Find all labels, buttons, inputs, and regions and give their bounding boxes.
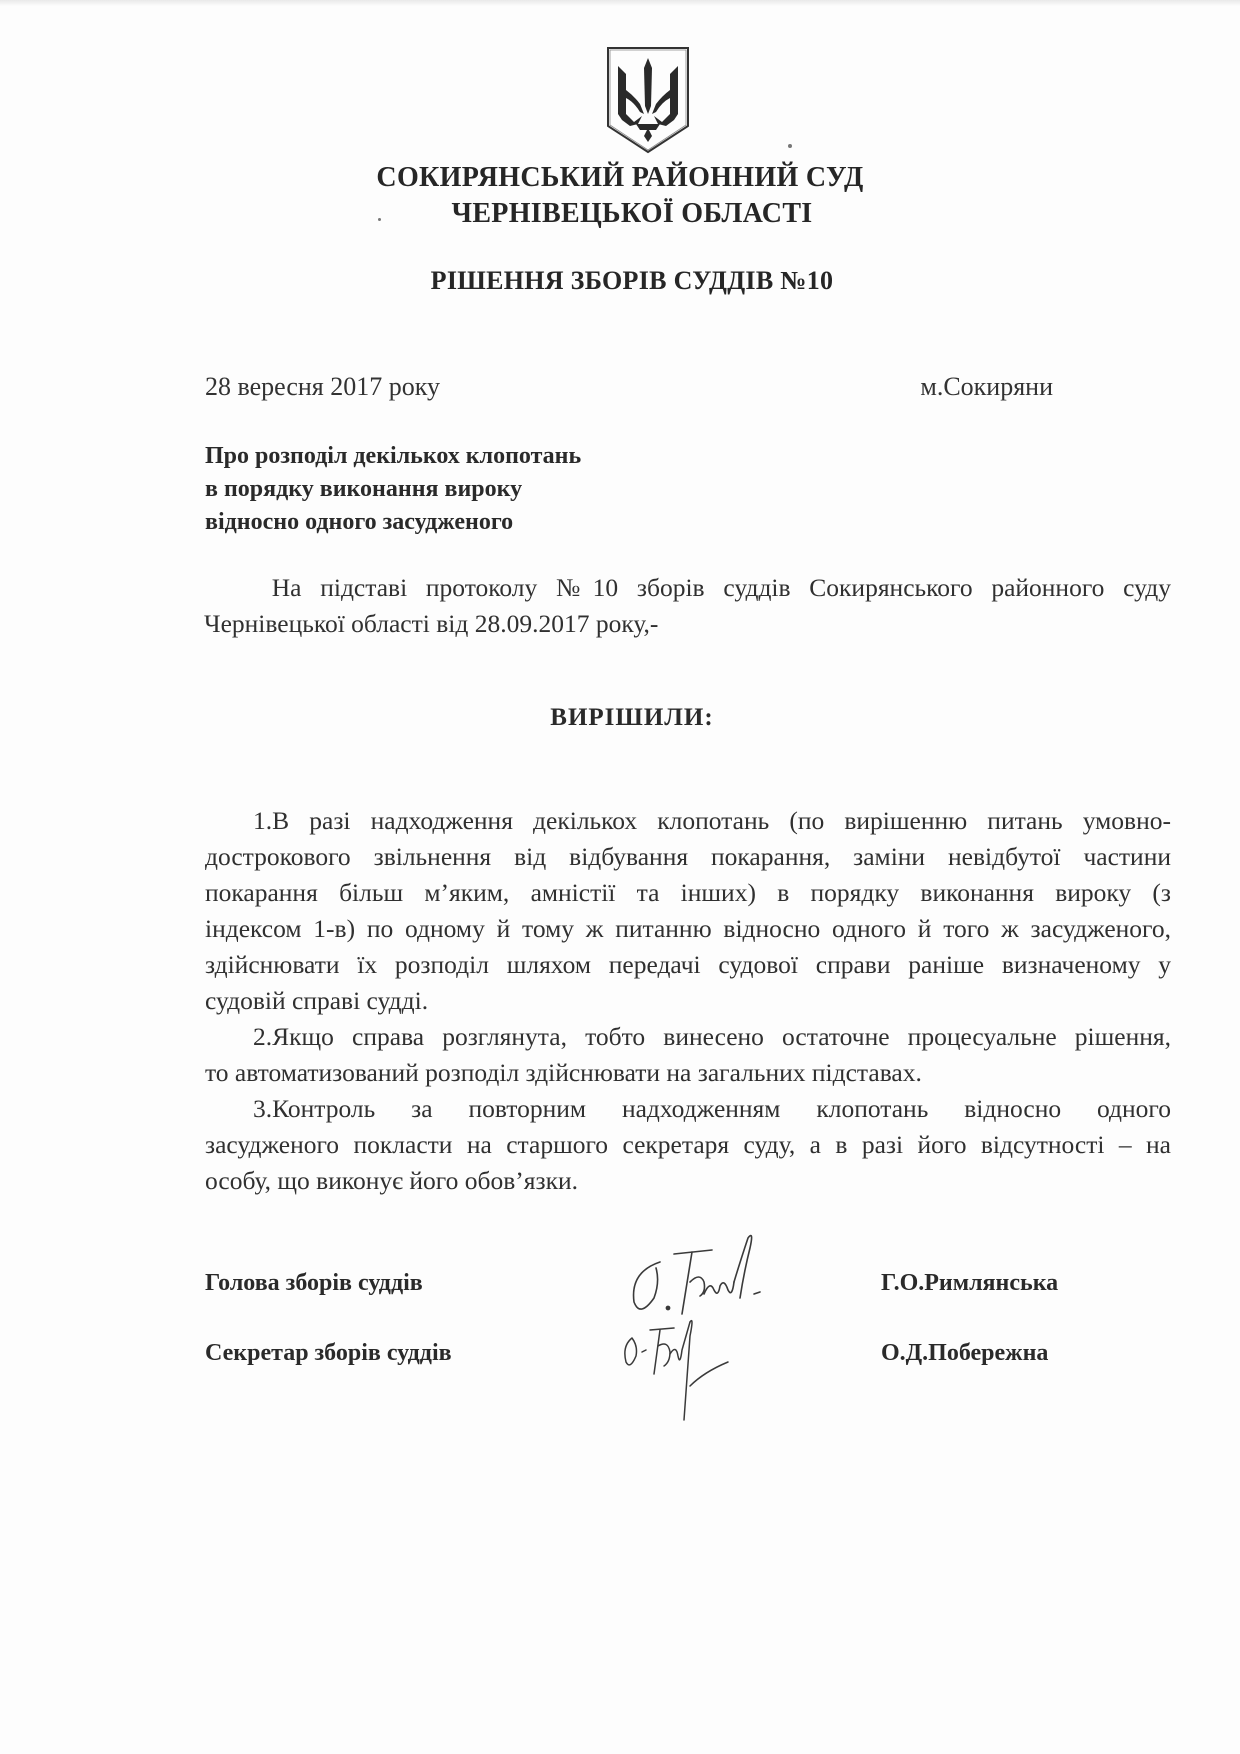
signatory-role: Голова зборів суддів <box>205 1270 423 1297</box>
resolution-line: 2.Якщо справа розглянута, тобто винесено… <box>205 1019 1171 1055</box>
resolution-line: то автоматизований розподіл здійснювати … <box>205 1055 1171 1091</box>
date-place-row: 28 вересня 2017 року м.Сокиряни <box>205 372 1053 402</box>
resolution-line: здійснювати їх розподіл шляхом передачі … <box>205 947 1171 983</box>
document-title: РІШЕННЯ ЗБОРІВ СУДДІВ №10 <box>12 266 1240 296</box>
scan-edge <box>0 0 1240 6</box>
resolution-item-1: 1.В разі надходження декількох клопотань… <box>205 803 1171 1019</box>
subject-line: відносно одного засудженого <box>205 506 581 539</box>
intro-line-text: На підставі протоколу №10 зборів суддів … <box>272 573 1171 602</box>
court-name-line1: СОКИРЯНСЬКИЙ РАЙОННИЙ СУД <box>0 162 1240 194</box>
decided-heading: ВИРІШИЛИ: <box>12 704 1240 732</box>
resolution-item-3: 3.Контроль за повторним надходженням кло… <box>205 1091 1171 1199</box>
resolution-line: покарання більш м’яким, амністії та інши… <box>205 875 1171 911</box>
resolution-line: 1.В разі надходження декількох клопотань… <box>205 803 1171 839</box>
handwritten-signature-chair <box>620 1232 850 1322</box>
resolution-item-2: 2.Якщо справа розглянута, тобто винесено… <box>205 1019 1171 1091</box>
resolution-line: особу, що виконує його обов’язки. <box>205 1163 1171 1199</box>
signatory-name: О.Д.Побережна <box>881 1340 1048 1367</box>
resolution-line: індексом 1-в) по одному й тому ж питанню… <box>205 911 1171 947</box>
document-place: м.Сокиряни <box>920 372 1053 402</box>
intro-paragraph: На підставі протоколу №10 зборів суддів … <box>205 570 1171 642</box>
document-date: 28 вересня 2017 року <box>205 372 440 402</box>
resolutions-block: 1.В разі надходження декількох клопотань… <box>205 803 1171 1199</box>
scan-speck <box>378 218 381 221</box>
resolution-line: дострокового звільнення від відбування п… <box>205 839 1171 875</box>
intro-line: Чернівецької області від 28.09.2017 року… <box>204 606 1171 642</box>
signatory-role: Секретар зборів суддів <box>205 1340 452 1367</box>
subject-line: в порядку виконання вироку <box>205 473 581 506</box>
resolution-line-text: 1.В разі надходження декількох клопотань… <box>253 806 1171 835</box>
resolution-line: засудженого покласти на старшого секрета… <box>205 1127 1171 1163</box>
signatory-name: Г.О.Римлянська <box>881 1270 1058 1297</box>
resolution-line: судовій справі судді. <box>205 983 1171 1019</box>
intro-line: На підставі протоколу №10 зборів суддів … <box>205 570 1171 606</box>
court-name-line2: ЧЕРНІВЕЦЬКОЇ ОБЛАСТІ <box>12 198 1240 230</box>
scan-speck <box>788 144 792 148</box>
subject-line: Про розподіл декількох клопотань <box>205 440 581 473</box>
ukraine-trident-coat-of-arms-icon <box>604 44 692 156</box>
resolution-line: 3.Контроль за повторним надходженням кло… <box>205 1091 1171 1127</box>
subject-block: Про розподіл декількох клопотань в поряд… <box>205 440 581 539</box>
document-page: СОКИРЯНСЬКИЙ РАЙОННИЙ СУД ЧЕРНІВЕЦЬКОЇ О… <box>0 0 1240 1754</box>
handwritten-signature-secretary <box>620 1316 750 1426</box>
